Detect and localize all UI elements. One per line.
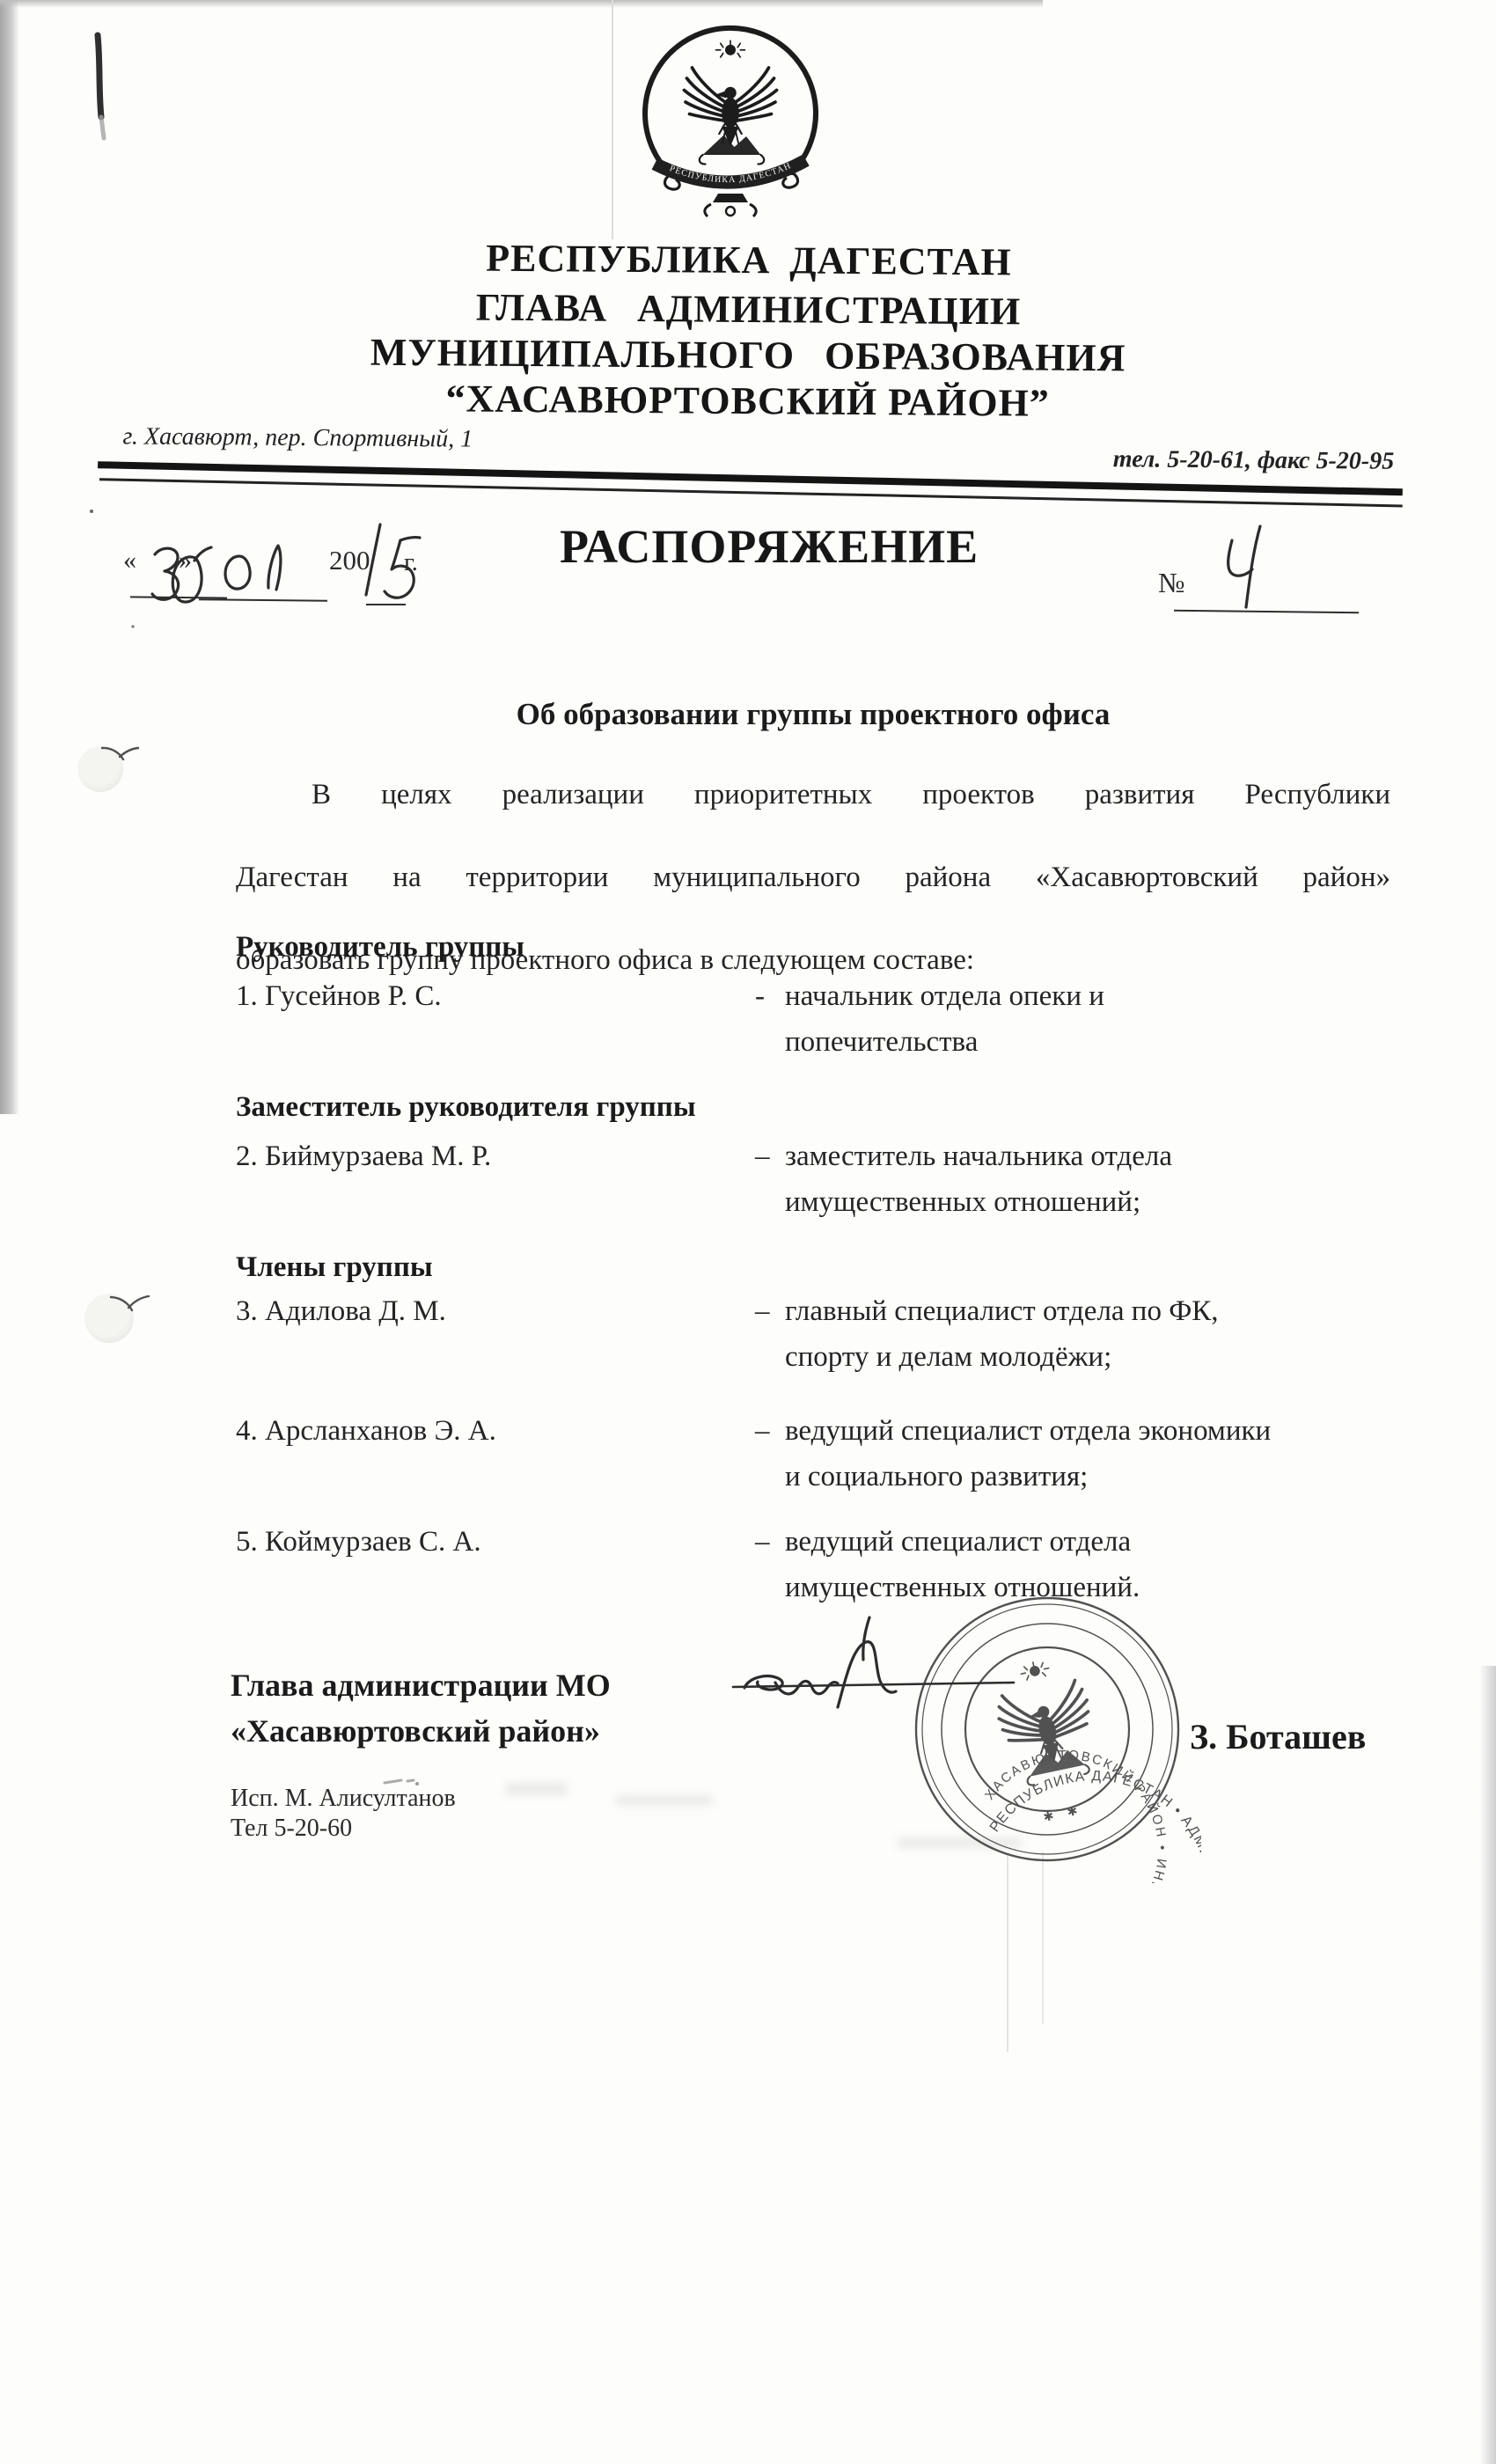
phone-fax-line: тел. 5-20-61, факс 5-20-95	[967, 444, 1394, 476]
roster-row-3: 3. Адилова Д. М. – главный специалист от…	[236, 1288, 1390, 1380]
roster-role: главный специалист отдела по ФК, спорту …	[785, 1288, 1219, 1380]
order-title: Об образовании группы проектного офиса	[236, 697, 1390, 732]
pencil-marks	[385, 1780, 414, 1783]
roster-role-line: спорту и делам молодёжи;	[785, 1334, 1219, 1380]
scanned-document-page: РЕСПУБЛИКА ДАГЕСТАН РЕСПУБЛИКА ДАГЕСТАН …	[0, 0, 1496, 2464]
roster-role-line: попечительства	[785, 1019, 1104, 1065]
roster-role: ведущий специалист отдела экономики и со…	[785, 1408, 1271, 1500]
year-underline	[366, 604, 406, 605]
section-header-deputy: Заместитель руководителя группы	[236, 1091, 696, 1124]
roster-dash: -	[755, 973, 785, 1065]
scan-edge-right	[1479, 1666, 1496, 2464]
roster-role-line: ведущий специалист отдела	[785, 1519, 1140, 1565]
order-body-line2: Дагестан на территории муниципального ра…	[236, 857, 1390, 940]
roster-row-4: 4. Арсланханов Э. А. – ведущий специалис…	[236, 1408, 1390, 1500]
year-suffix: г.	[404, 548, 418, 577]
roster-name: 1. Гусейнов Р. С.	[236, 973, 755, 1065]
roster-dash: –	[755, 1408, 785, 1500]
date-open-quote: «	[123, 546, 136, 576]
roster-dash: –	[755, 1288, 785, 1380]
date-close-quote: »	[179, 546, 192, 576]
roster-dash: –	[755, 1519, 785, 1610]
letterhead-line2: ГЛАВА АДМИНИСТРАЦИИ	[26, 283, 1470, 337]
section-header-leader: Руководитель группы	[236, 931, 524, 964]
bleed-smudge	[506, 1783, 568, 1795]
roster-role-line: главный специалист отдела по ФК,	[785, 1288, 1219, 1334]
punch-hole	[84, 1294, 134, 1343]
address-line: г. Хасавюрт, пер. Спортивный, 1	[122, 422, 473, 453]
bleed-smudge	[616, 1795, 713, 1806]
order-body-line1: В целях реализации приоритетных проектов…	[236, 774, 1390, 857]
roster-role: заместитель начальника отдела имуществен…	[785, 1133, 1172, 1225]
roster-role-line: имущественных отношений;	[785, 1179, 1172, 1225]
letterhead: РЕСПУБЛИКА ДАГЕСТАН ГЛАВА АДМИНИСТРАЦИИ …	[0, 0, 1496, 552]
date-month-underline	[199, 598, 327, 602]
roster-role: начальник отдела опеки и попечительства	[785, 973, 1104, 1065]
ink-speck	[131, 625, 134, 627]
roster-name: 5. Коймурзаев С. А.	[236, 1519, 755, 1610]
stamp-stars: ✱ ✱	[1042, 1802, 1084, 1824]
roster-role-line: ведущий специалист отдела экономики	[785, 1408, 1271, 1454]
letterhead-rule-thin	[99, 478, 1403, 507]
roster-dash: –	[755, 1133, 785, 1225]
roster-name: 3. Адилова Д. М.	[236, 1288, 755, 1380]
roster-row-1: 1. Гусейнов Р. С. - начальник отдела опе…	[236, 973, 1390, 1065]
signing-position-line1: Глава администрации МО	[231, 1667, 611, 1704]
roster-row-5: 5. Коймурзаев С. А. – ведущий специалист…	[236, 1519, 1390, 1610]
roster-name: 4. Арсланханов Э. А.	[236, 1408, 755, 1500]
roster-role-line: заместитель начальника отдела	[785, 1133, 1172, 1179]
signer-name: З. Боташев	[1190, 1716, 1366, 1757]
section-header-members: Члены группы	[236, 1251, 433, 1284]
punch-hole-crescent	[102, 748, 149, 1310]
signing-position-line2: «Хасавюртовский район»	[231, 1712, 600, 1749]
executor-line: Исп. М. Алисултанов	[231, 1785, 456, 1813]
roster-role-line: и социального развития;	[785, 1454, 1271, 1500]
roster-role-line: начальник отдела опеки и	[785, 973, 1104, 1019]
letterhead-line3: МУНИЦИПАЛЬНОГО ОБРАЗОВАНИЯ	[26, 329, 1470, 383]
year-printed: 200	[329, 545, 370, 576]
letterhead-line1: РЕСПУБЛИКА ДАГЕСТАН	[27, 234, 1470, 288]
letterhead-line4: “ХАСАВЮРТОВСКИЙ РАЙОН”	[26, 375, 1470, 429]
doc-type-title: РАСПОРЯЖЕНИЕ	[560, 519, 979, 574]
official-round-stamp: РЕСПУБЛИКА ДАГЕСТАН • АДМИНИСТРАЦИЯ МУНИ…	[893, 1580, 1201, 1883]
number-underline	[1174, 610, 1359, 614]
punch-hole	[77, 746, 123, 792]
executor-phone: Тел 5-20-60	[231, 1815, 352, 1843]
number-sign: №	[1158, 567, 1185, 599]
roster-row-2: 2. Биймурзаева М. Р. – заместитель начал…	[236, 1133, 1390, 1225]
roster-name: 2. Биймурзаева М. Р.	[236, 1133, 755, 1225]
